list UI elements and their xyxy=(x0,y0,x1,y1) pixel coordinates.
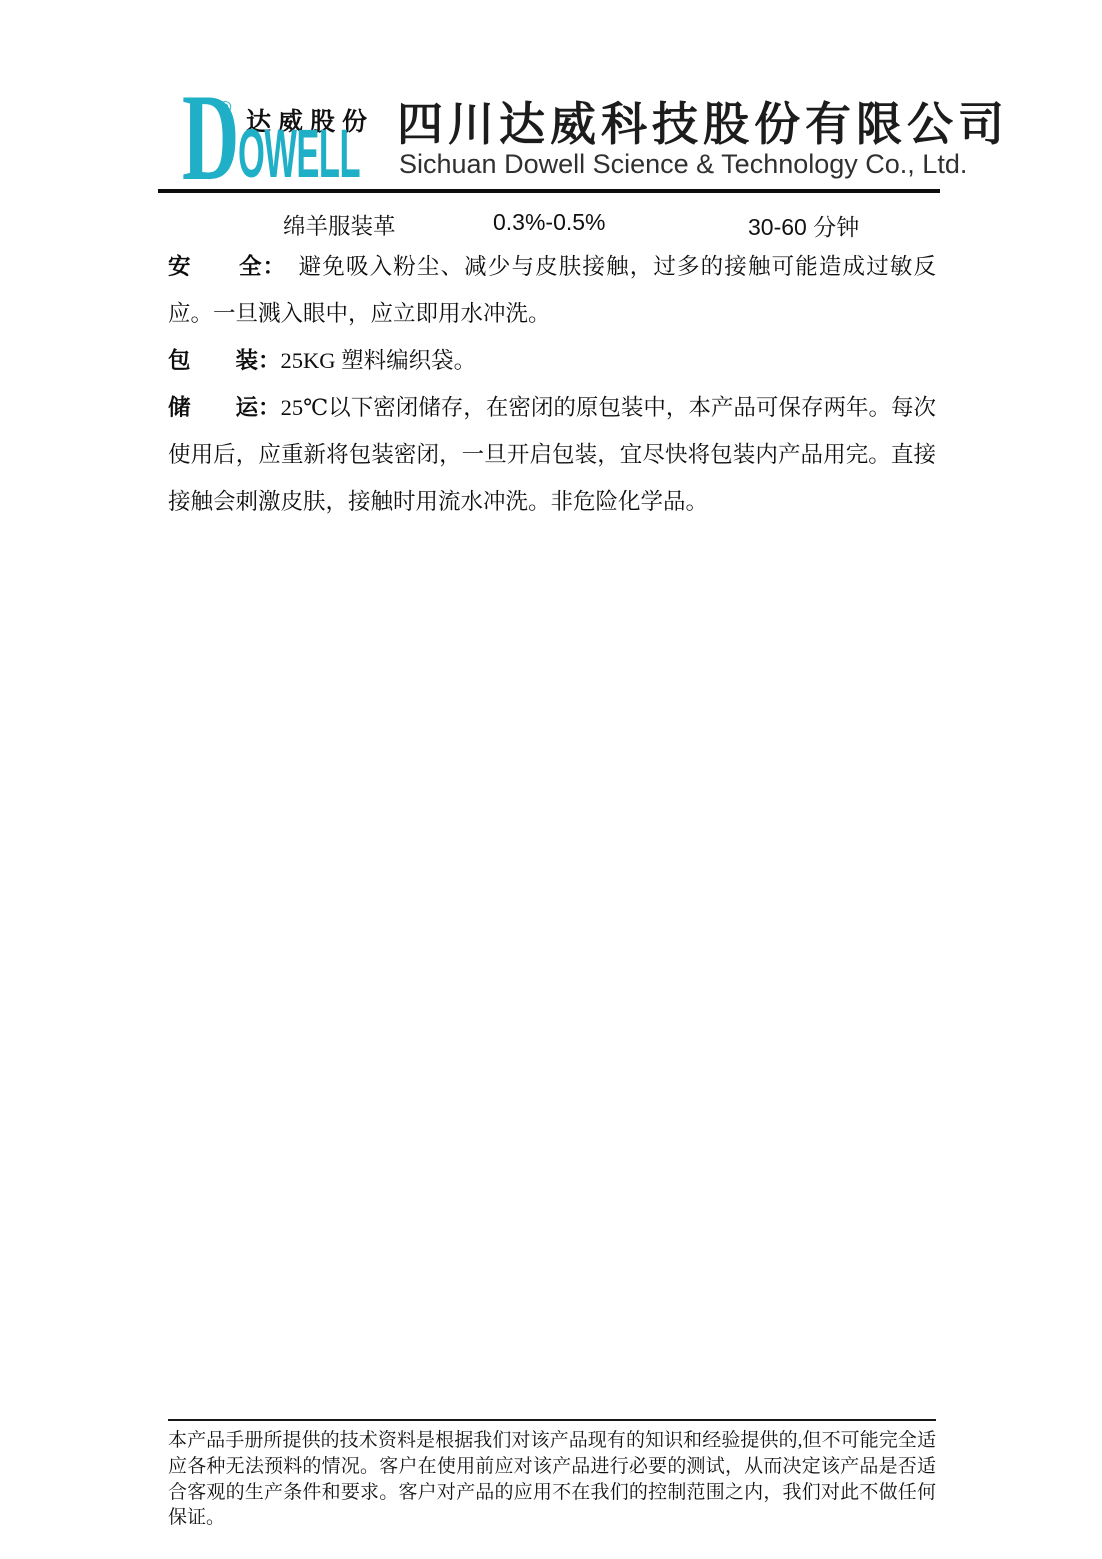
storage-text: 25℃以下密闭储存，在密闭的原包装中，本产品可保存两年。每次使用后，应重新将包装… xyxy=(168,395,936,514)
storage-paragraph: 储 运：25℃以下密闭储存，在密闭的原包装中，本产品可保存两年。每次使用后，应重… xyxy=(168,384,936,525)
usage-leather-type: 绵羊服装革 xyxy=(283,209,396,241)
disclaimer-text: 本产品手册所提供的技术资料是根据我们对该产品现有的知识和经验提供的,但不可能完全… xyxy=(168,1428,936,1531)
packaging-text: 25KG 塑料编织袋。 xyxy=(281,348,477,373)
company-name-cn: 四川达威科技股份有限公司 xyxy=(397,88,1009,154)
packaging-paragraph: 包 装：25KG 塑料编织袋。 xyxy=(168,337,936,384)
packaging-label: 包 装： xyxy=(168,348,281,373)
safety-label: 安 全： xyxy=(168,254,275,279)
footer-disclaimer: 本产品手册所提供的技术资料是根据我们对该产品现有的知识和经验提供的,但不可能完全… xyxy=(168,1419,936,1531)
registered-trademark-icon: ® xyxy=(219,98,232,118)
header-divider xyxy=(158,189,940,193)
safety-paragraph: 安 全： 避免吸入粉尘、减少与皮肤接触，过多的接触可能造成过敏反应。一旦溅入眼中… xyxy=(168,243,936,337)
body-text: 安 全： 避免吸入粉尘、减少与皮肤接触，过多的接触可能造成过敏反应。一旦溅入眼中… xyxy=(168,243,936,525)
logo-letter-d: D xyxy=(182,76,239,200)
logo-wordmark: OWELL xyxy=(238,119,360,188)
storage-label: 储 运： xyxy=(168,395,281,420)
usage-duration: 30-60 分钟 xyxy=(748,209,859,242)
safety-text: 避免吸入粉尘、减少与皮肤接触，过多的接触可能造成过敏反应。一旦溅入眼中，应立即用… xyxy=(168,254,936,326)
company-name-en: Sichuan Dowell Science & Technology Co.,… xyxy=(399,149,967,180)
usage-dosage: 0.3%-0.5% xyxy=(493,209,606,236)
